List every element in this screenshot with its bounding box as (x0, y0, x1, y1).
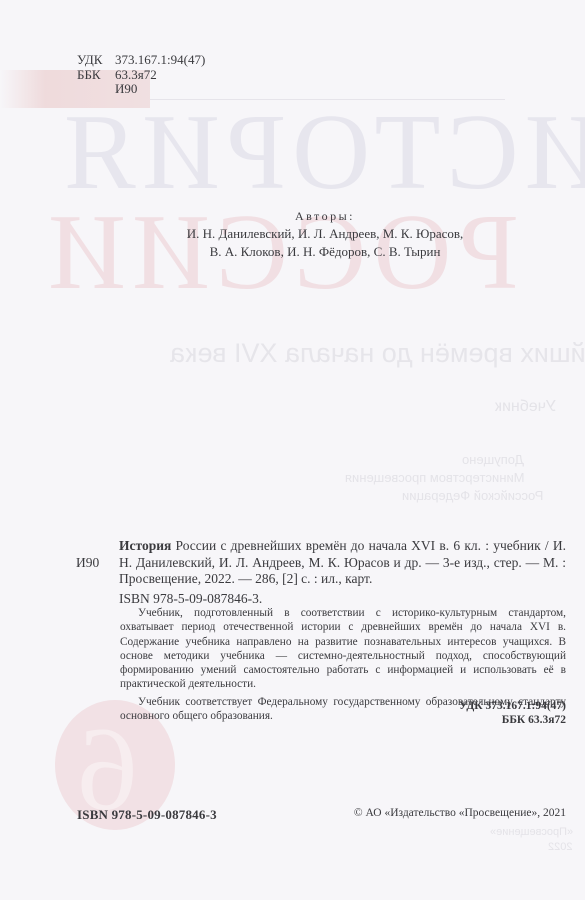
authors-line2: В. А. Клоков, И. Н. Фёдоров, С. В. Тырин (150, 243, 500, 261)
show-through-approval3: Российской Федерации (402, 488, 543, 503)
catalog-isbn: ISBN 978-5-09-087846-3. (119, 591, 566, 608)
imprint-page: ИСТОРИЯ РОССИИ с древнейших времён до на… (0, 0, 585, 900)
codes-right: УДК 373.167.1:94(47) ББК 63.3я72 (459, 699, 566, 727)
bbk-label: ББК (77, 68, 115, 83)
show-through-publisher: «Просвещение» (490, 826, 573, 838)
show-through-year: 2022 (548, 841, 572, 853)
catalog-description: История России с древнейших времён до на… (119, 538, 566, 588)
authors-label: Авторы: (0, 209, 585, 224)
udk-label: УДК (77, 53, 115, 68)
show-through-subtitle: с древнейших времён до начала XVI века (170, 338, 585, 369)
catalog-code: И90 (76, 555, 99, 572)
authors-line1: И. Н. Данилевский, И. Л. Андреев, М. К. … (150, 225, 500, 243)
udk-code-right: УДК 373.167.1:94(47) (459, 699, 566, 713)
show-through-rule (150, 99, 505, 100)
abstract-paragraph1: Учебник, подготовленный в соответствии с… (120, 606, 566, 692)
catalog-title: История (119, 538, 171, 553)
show-through-type: Учебник (495, 398, 556, 416)
catalog-card: И90 История России с древнейших времён д… (76, 538, 566, 607)
bbk-value: 63.3я72 (115, 68, 157, 83)
bbk-row: ББК 63.3я72 (77, 68, 205, 83)
classification-block: УДК 373.167.1:94(47) ББК 63.3я72 И90 (77, 53, 205, 97)
author-mark: И90 (115, 82, 137, 97)
udk-row: УДК 373.167.1:94(47) (77, 53, 205, 68)
bbk-code-right: ББК 63.3я72 (459, 713, 566, 727)
show-through-title-line1: ИСТОРИЯ (58, 98, 585, 208)
copyright: © АО «Издательство «Просвещение», 2021 (354, 807, 566, 819)
author-mark-row: И90 (77, 82, 205, 97)
isbn-footer: ISBN 978-5-09-087846-3 (77, 807, 217, 823)
show-through-approval1: Допущено (462, 452, 524, 467)
catalog-text: России с древнейших времён до начала XVI… (119, 538, 566, 586)
udk-value: 373.167.1:94(47) (115, 53, 205, 68)
show-through-approval2: Министерством просвещения (345, 470, 525, 485)
authors-list: И. Н. Данилевский, И. Л. Андреев, М. К. … (150, 225, 500, 261)
